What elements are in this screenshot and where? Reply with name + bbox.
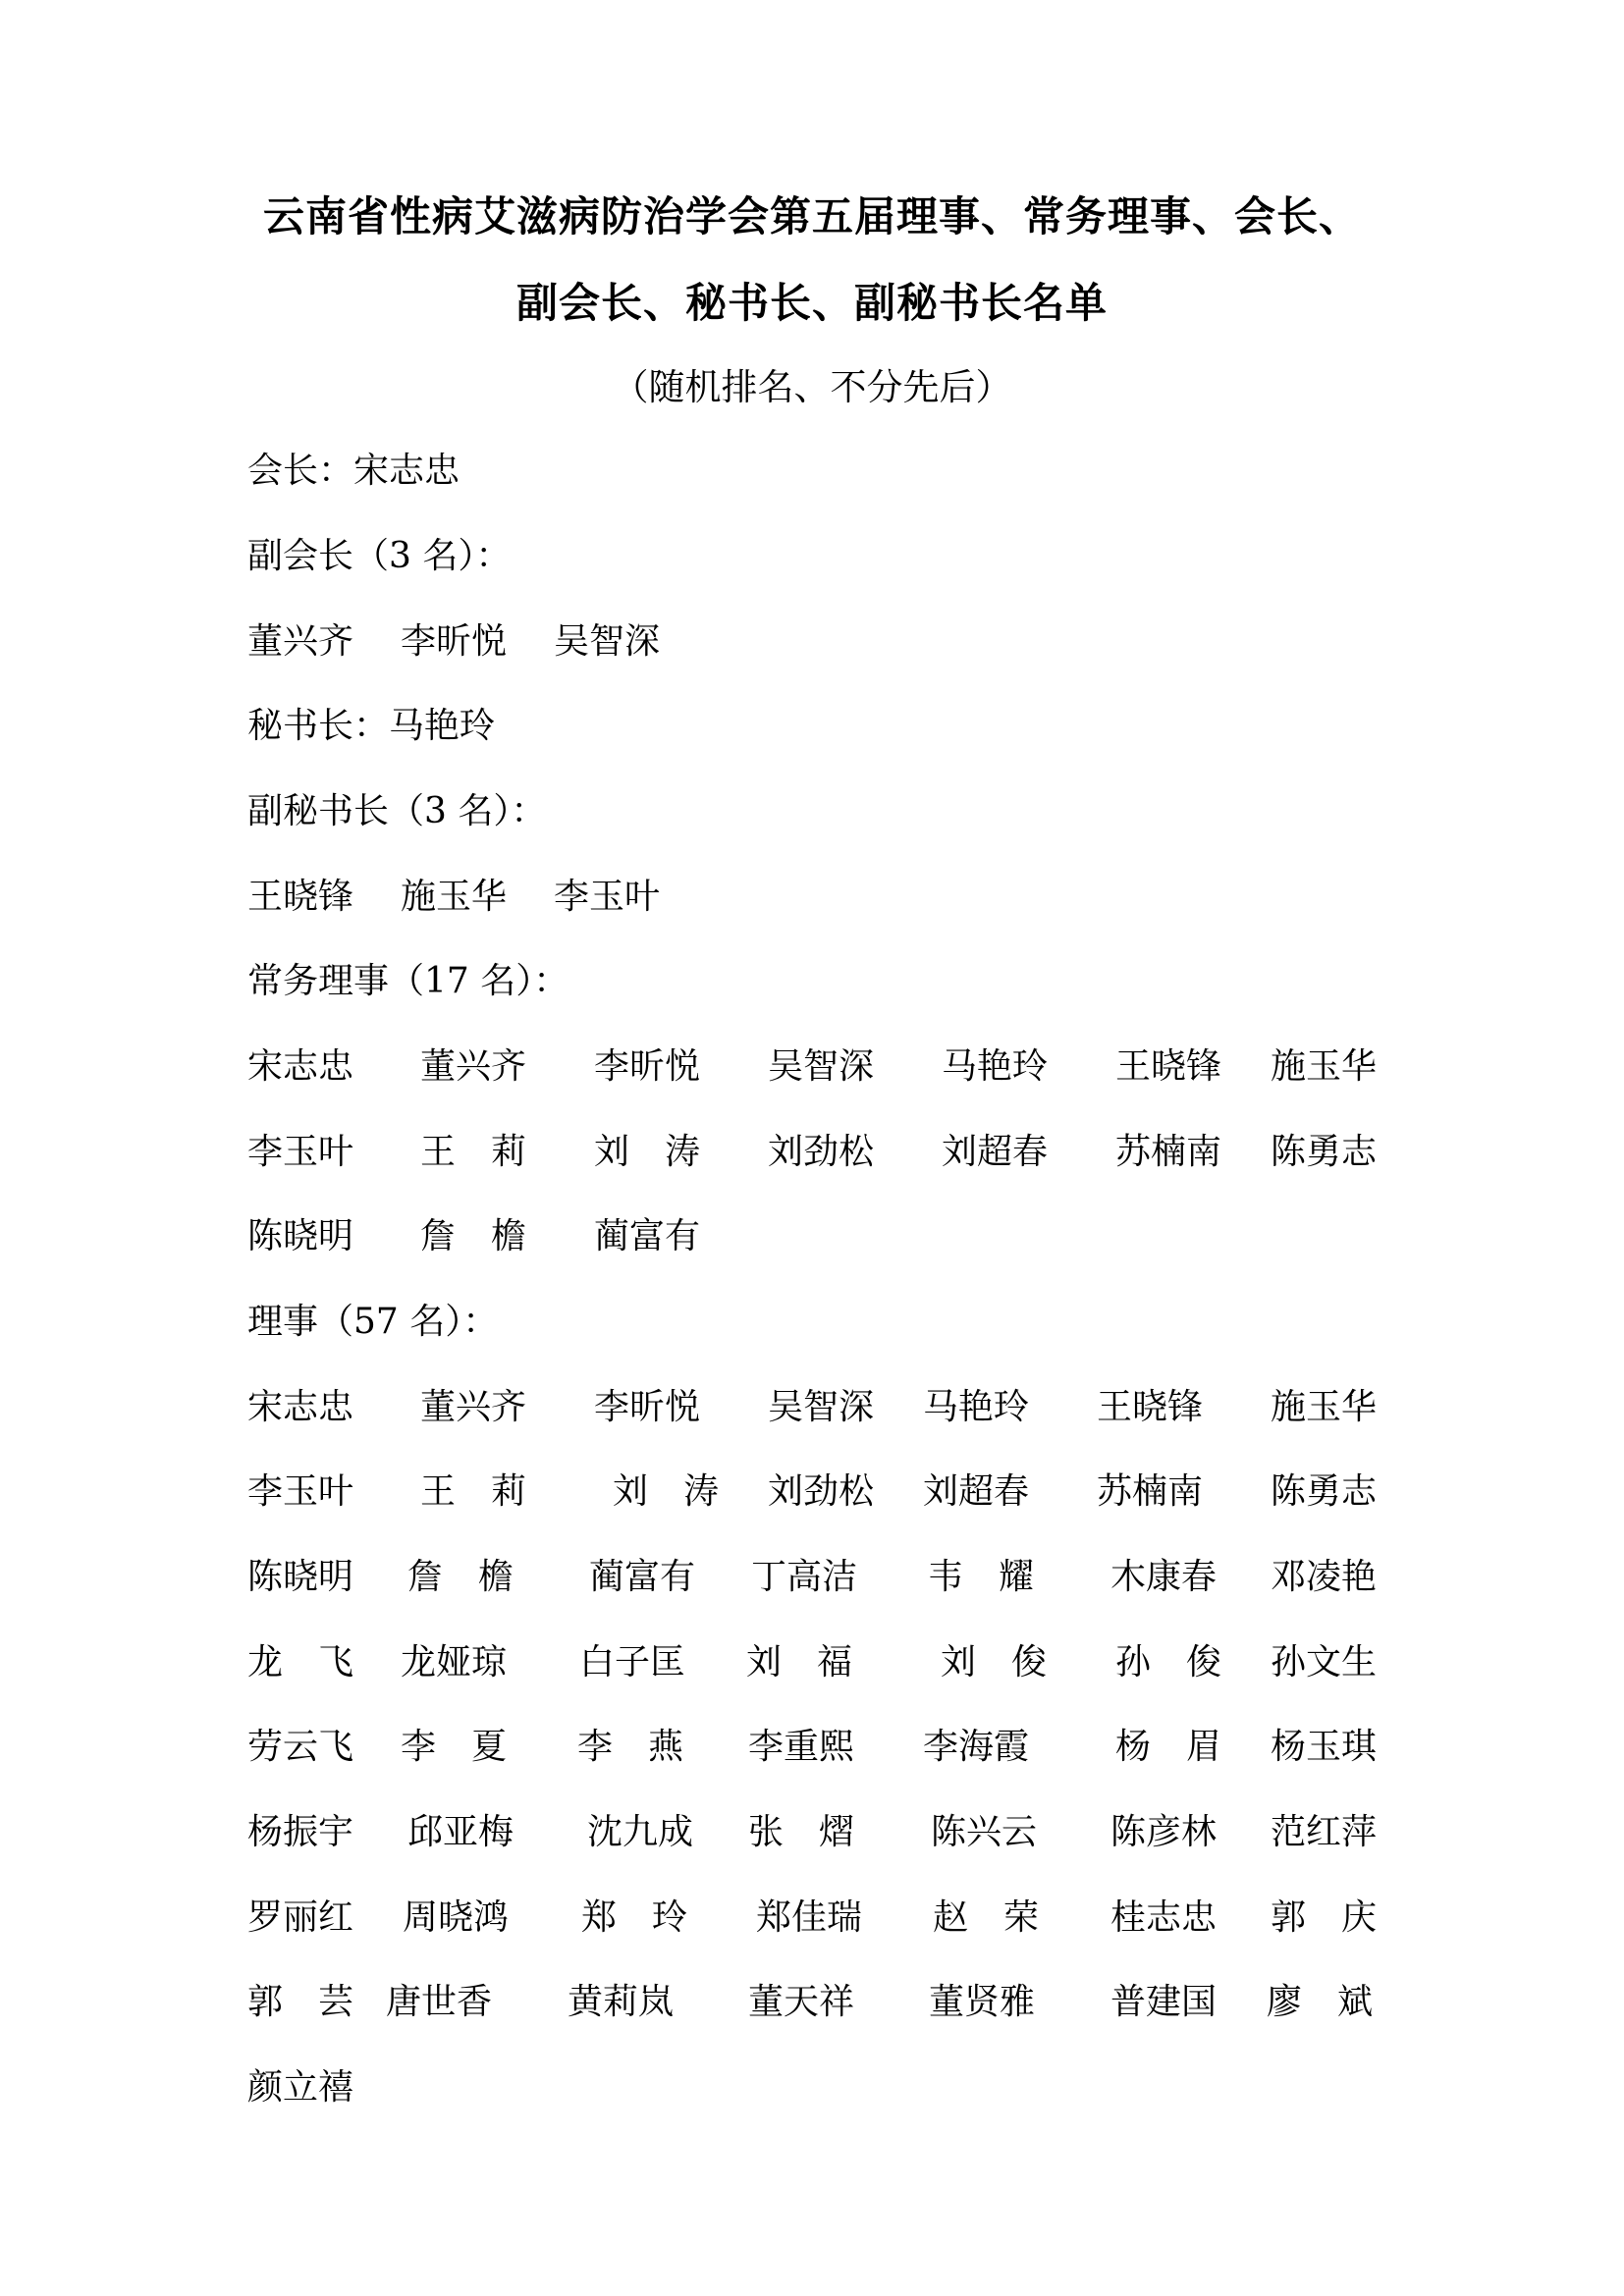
president-line: 会长：宋志忠: [247, 450, 460, 493]
name-item: 李重熙: [748, 1726, 854, 1769]
name-item: 范红萍: [1271, 1811, 1377, 1854]
name-item: 丁高洁: [751, 1556, 857, 1599]
name-item: 龙娅琼: [401, 1641, 507, 1684]
name-item: 王晓锋: [1115, 1045, 1221, 1089]
name-item: 孙 俊: [1115, 1641, 1221, 1684]
name-item: 白子匡: [579, 1641, 685, 1684]
directors-heading: 理事（57 名）：: [247, 1301, 498, 1344]
name-item: 杨振宇: [247, 1811, 353, 1854]
name-item: 张 熠: [748, 1811, 854, 1854]
name-item: 施玉华: [1271, 1045, 1377, 1089]
name-item: 普建国: [1110, 1981, 1217, 2024]
name-item: 李玉叶: [247, 1470, 353, 1514]
name-item: 郭 芸: [247, 1981, 353, 2024]
name-item: 詹 檐: [407, 1556, 514, 1599]
standing-directors-heading: 常务理事（17 名）：: [247, 960, 568, 1003]
name-item: 苏楠南: [1097, 1470, 1203, 1514]
name-item: 刘超春: [923, 1470, 1029, 1514]
name-item: 李昕悦: [594, 1045, 700, 1089]
name-item: 刘 涛: [613, 1470, 719, 1514]
name-item: 李昕悦: [401, 620, 507, 664]
name-item: 刘劲松: [768, 1470, 874, 1514]
name-item: 刘超春: [942, 1131, 1048, 1174]
document-title-line2: 副会长、秘书长、副秘书长名单: [0, 279, 1624, 328]
name-item: 刘劲松: [768, 1131, 874, 1174]
name-item: 董兴齐: [420, 1386, 526, 1429]
name-item: 沈九成: [587, 1811, 693, 1854]
name-item: 李昕悦: [594, 1386, 700, 1429]
name-item: 周晓鸿: [403, 1896, 509, 1940]
vice-president-heading: 副会长（3 名）：: [247, 535, 511, 578]
secretary-general-line: 秘书长：马艳玲: [247, 705, 495, 748]
name-item: 刘 俊: [941, 1641, 1047, 1684]
name-item: 马艳玲: [923, 1386, 1029, 1429]
name-item: 李 夏: [401, 1726, 507, 1769]
name-item: 刘 福: [746, 1641, 852, 1684]
name-item: 宋志忠: [247, 1045, 353, 1089]
name-item: 宋志忠: [247, 1386, 353, 1429]
name-item: 陈勇志: [1271, 1470, 1377, 1514]
name-item: 邓凌艳: [1271, 1556, 1377, 1599]
name-item: 孙文生: [1271, 1641, 1377, 1684]
name-item: 罗丽红: [247, 1896, 353, 1940]
name-item: 廖 斌: [1267, 1981, 1373, 2024]
name-item: 颜立禧: [247, 2066, 353, 2109]
name-item: 刘 涛: [594, 1131, 700, 1174]
name-item: 木康春: [1110, 1556, 1217, 1599]
name-item: 王晓锋: [1097, 1386, 1203, 1429]
name-item: 赵 荣: [933, 1896, 1039, 1940]
name-item: 詹 檐: [420, 1215, 526, 1258]
name-item: 蔺富有: [594, 1215, 700, 1258]
name-item: 陈彦林: [1110, 1811, 1217, 1854]
name-item: 李玉叶: [247, 1131, 353, 1174]
name-item: 杨 眉: [1115, 1726, 1221, 1769]
name-item: 韦 耀: [928, 1556, 1034, 1599]
name-item: 陈晓明: [247, 1556, 353, 1599]
name-item: 桂志忠: [1110, 1896, 1217, 1940]
name-item: 黄莉岚: [568, 1981, 674, 2024]
name-item: 郑佳瑞: [756, 1896, 862, 1940]
name-item: 杨玉琪: [1271, 1726, 1377, 1769]
document-title-line1: 云南省性病艾滋病防治学会第五届理事、常务理事、会长、: [0, 192, 1624, 241]
name-item: 王 莉: [420, 1470, 526, 1514]
name-item: 施玉华: [1271, 1386, 1377, 1429]
name-item: 李玉叶: [554, 876, 660, 919]
name-item: 李 燕: [577, 1726, 683, 1769]
name-item: 董贤雅: [929, 1981, 1035, 2024]
name-item: 苏楠南: [1115, 1131, 1221, 1174]
name-item: 陈兴云: [931, 1811, 1037, 1854]
document-subtitle: （随机排名、不分先后）: [0, 365, 1624, 410]
name-item: 马艳玲: [942, 1045, 1048, 1089]
name-item: 董兴齐: [420, 1045, 526, 1089]
name-item: 龙 飞: [247, 1641, 353, 1684]
name-item: 郭 庆: [1271, 1896, 1377, 1940]
name-item: 王 莉: [420, 1131, 526, 1174]
name-item: 董兴齐: [247, 620, 353, 664]
name-item: 吴智深: [768, 1386, 874, 1429]
name-item: 王晓锋: [247, 876, 353, 919]
name-item: 施玉华: [401, 876, 507, 919]
name-item: 唐世香: [386, 1981, 492, 2024]
name-item: 陈晓明: [247, 1215, 353, 1258]
name-item: 劳云飞: [247, 1726, 353, 1769]
name-item: 蔺富有: [589, 1556, 695, 1599]
name-item: 董天祥: [748, 1981, 854, 2024]
name-item: 李海霞: [923, 1726, 1029, 1769]
name-item: 吴智深: [554, 620, 660, 664]
name-item: 邱亚梅: [407, 1811, 514, 1854]
name-item: 陈勇志: [1271, 1131, 1377, 1174]
deputy-secretary-heading: 副秘书长（3 名）：: [247, 790, 546, 833]
name-item: 吴智深: [768, 1045, 874, 1089]
name-item: 郑 玲: [581, 1896, 687, 1940]
